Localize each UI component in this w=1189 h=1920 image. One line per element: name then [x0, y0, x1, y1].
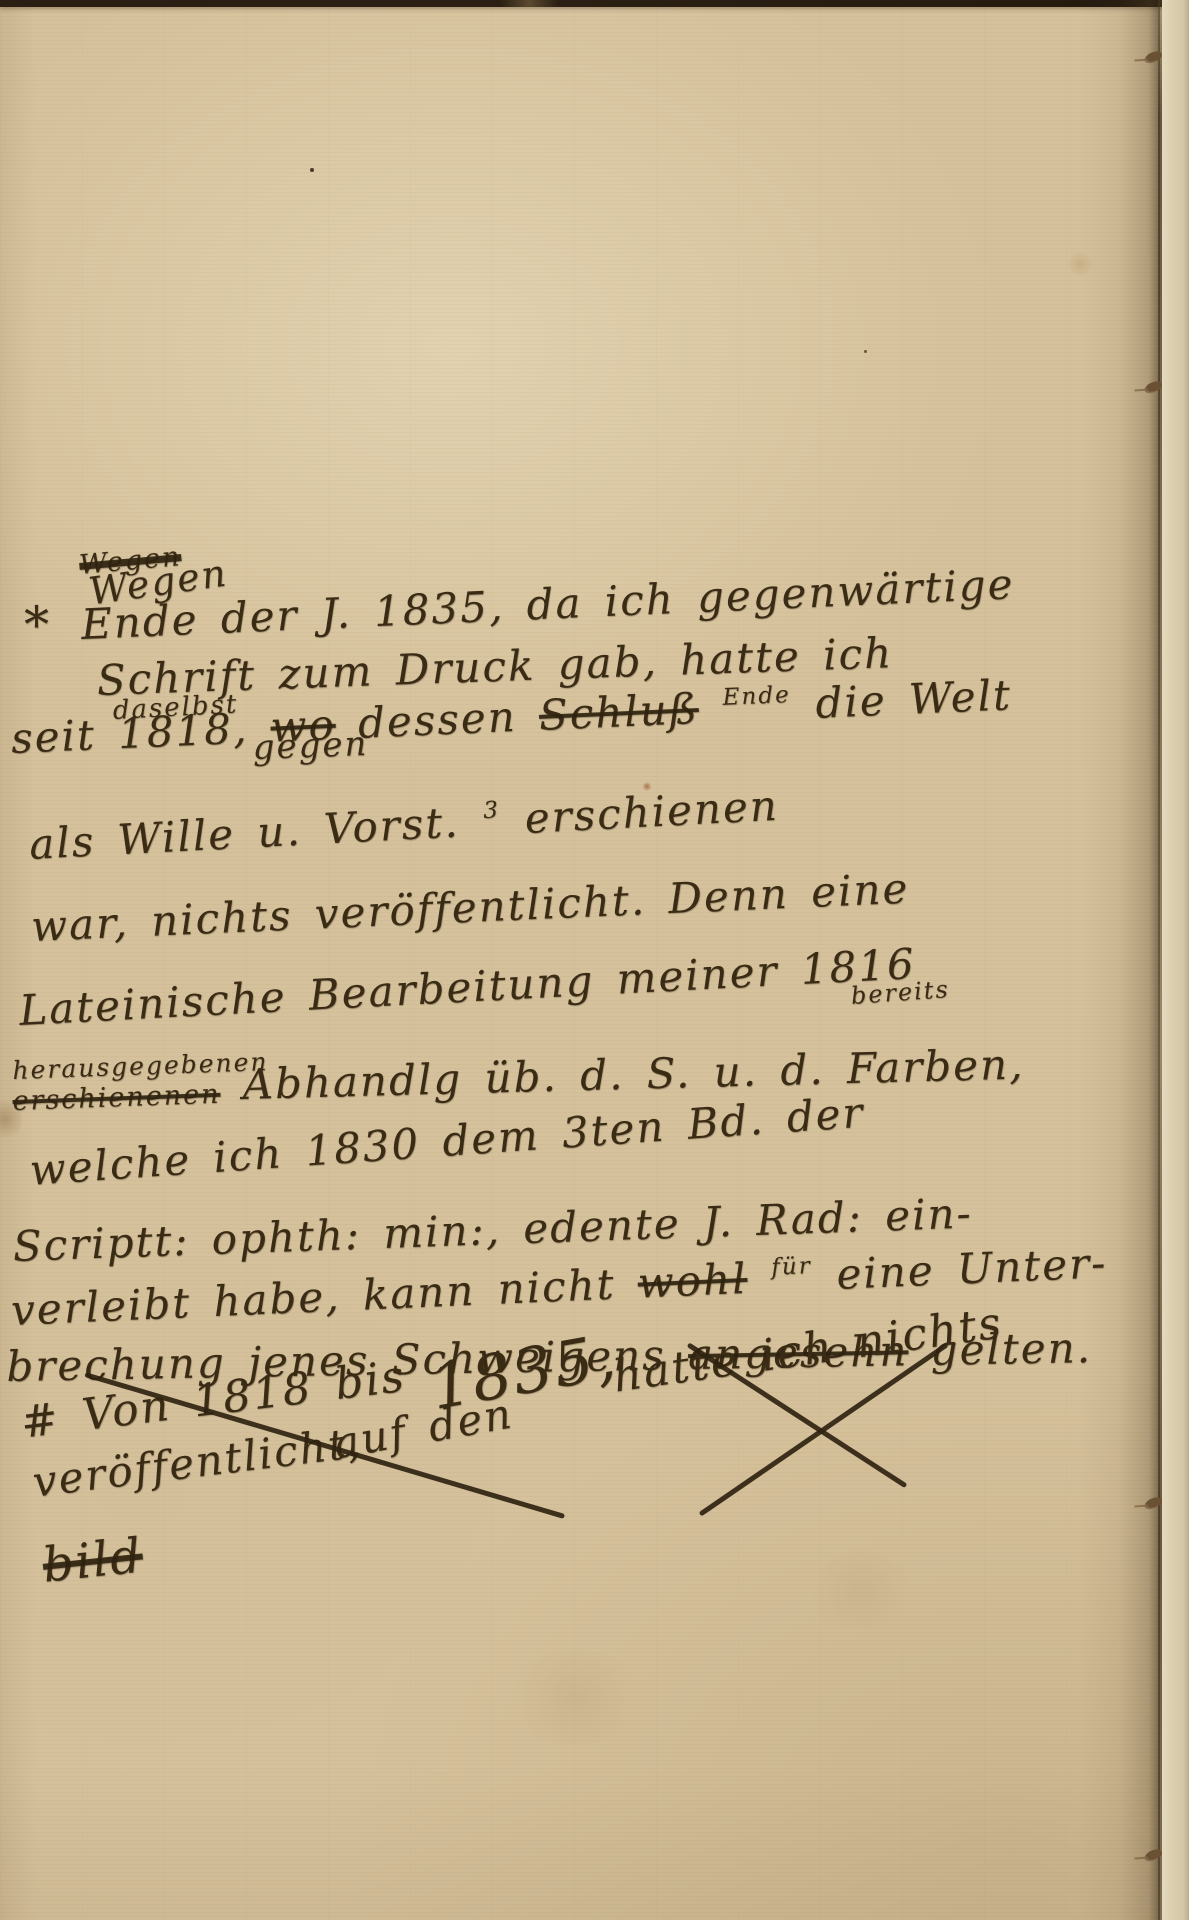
manuscript-line-ins-herausgegebenen: herausgegebenen	[12, 1047, 269, 1085]
paper-speck	[310, 168, 314, 172]
manuscript-line-del-erschienenen: erschienenen	[12, 1079, 221, 1117]
manuscript-line-l5: war, nichts veröffentlicht. Denn eine	[30, 864, 910, 951]
binding-gutter-shadow	[1078, 0, 1160, 1920]
paper-speck	[864, 350, 867, 353]
foxing-spot	[1066, 252, 1094, 276]
manuscript-line-l4: als Wille u. Vorst. 3 erschienen	[28, 781, 780, 869]
paper-stain	[500, 1650, 650, 1745]
manuscript-line-del-bild: bild	[40, 1528, 145, 1594]
manuscript-line-l7: Abhandlg üb. d. S. u. d. Farben,	[242, 1040, 1025, 1109]
adjacent-page-edge	[1162, 0, 1189, 1920]
manuscript-page: WegenWegen*Ende der J. 1835, da ich gege…	[0, 0, 1189, 1920]
manuscript-line-l6: Lateinische Bearbeitung meiner 1816	[18, 939, 917, 1035]
page-top-edge	[0, 0, 1189, 7]
manuscript-line-asterisk: *	[24, 596, 51, 654]
paper-stain	[800, 1550, 920, 1630]
manuscript-line-del-hatte: hatte ich nichts	[610, 1297, 1006, 1402]
